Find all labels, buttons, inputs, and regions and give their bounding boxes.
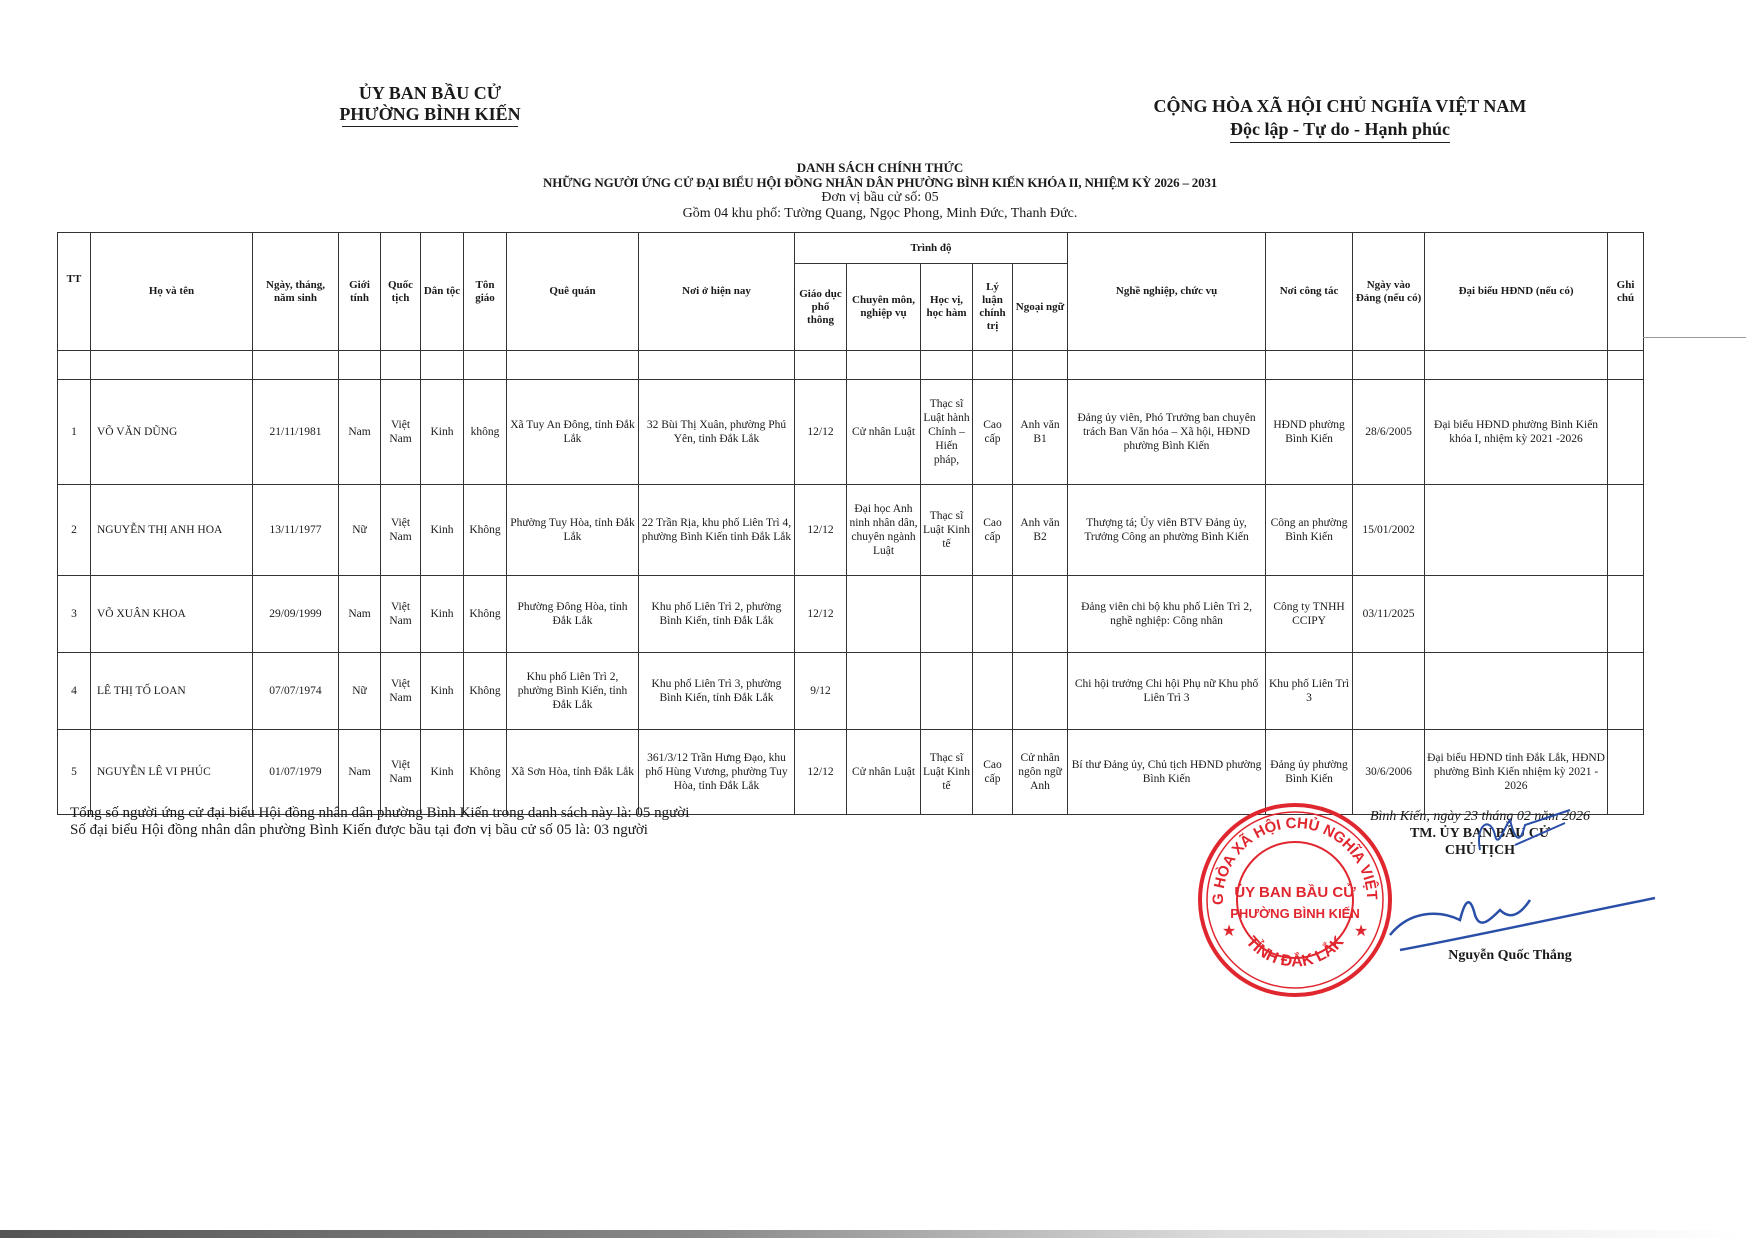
cell-name: VÕ XUÂN KHOA bbox=[91, 576, 253, 653]
document-title: DANH SÁCH CHÍNH THỨC NHỮNG NGƯỜI ỨNG CỬ … bbox=[400, 160, 1360, 222]
underline-divider bbox=[342, 126, 518, 127]
cell-gender: Nữ bbox=[339, 653, 381, 730]
cell-general-edu: 12/12 bbox=[795, 730, 847, 815]
table-row: 2 NGUYỄN THỊ ANH HOA 13/11/1977 Nữ Việt … bbox=[58, 485, 1644, 576]
col-nationality: Quốc tịch bbox=[381, 233, 421, 351]
cell-general-edu: 12/12 bbox=[795, 380, 847, 485]
cell-nationality: Việt Nam bbox=[381, 485, 421, 576]
cell-hometown: Khu phố Liên Trì 2, phường Bình Kiến, tỉ… bbox=[507, 653, 639, 730]
svg-text:TỈNH ĐẮK LẮK: TỈNH ĐẮK LẮK bbox=[1243, 933, 1348, 971]
cell-religion: Không bbox=[464, 730, 507, 815]
issuing-authority: ỦY BAN BẦU CỬ PHƯỜNG BÌNH KIẾN bbox=[290, 83, 570, 125]
title-line2: NHỮNG NGƯỜI ỨNG CỬ ĐẠI BIỂU HỘI ĐỒNG NHÂ… bbox=[400, 175, 1360, 190]
col-gender: Giới tính bbox=[339, 233, 381, 351]
table-row: 1 VÕ VĂN DŨNG 21/11/1981 Nam Việt Nam Ki… bbox=[58, 380, 1644, 485]
cell-hometown: Xã Tuy An Đông, tỉnh Đắk Lắk bbox=[507, 380, 639, 485]
national-motto: Độc lập - Tự do - Hạnh phúc bbox=[1230, 118, 1450, 143]
initial-signature-icon bbox=[1470, 805, 1590, 865]
cell-degree: Thạc sĩ Luật Kinh tế bbox=[921, 485, 973, 576]
cell-hdnd: Đại biểu HĐND tỉnh Đắk Lắk, HĐND phường … bbox=[1425, 730, 1608, 815]
cell-nationality: Việt Nam bbox=[381, 576, 421, 653]
cell-workplace: Khu phố Liên Trì 3 bbox=[1266, 653, 1353, 730]
national-header: CỘNG HÒA XÃ HỘI CHỦ NGHĨA VIỆT NAM Độc l… bbox=[1130, 95, 1550, 143]
cell-tt: 1 bbox=[58, 380, 91, 485]
cell-gender: Nữ bbox=[339, 485, 381, 576]
cell-gender: Nam bbox=[339, 730, 381, 815]
cell-language bbox=[1013, 576, 1068, 653]
col-hdnd: Đại biểu HĐND (nếu có) bbox=[1425, 233, 1608, 351]
cell-general-edu: 12/12 bbox=[795, 485, 847, 576]
scan-edge-shadow bbox=[0, 1230, 1746, 1238]
cell-dob: 21/11/1981 bbox=[253, 380, 339, 485]
cell-politics bbox=[973, 576, 1013, 653]
summary-seats: Số đại biểu Hội đồng nhân dân phường Bìn… bbox=[70, 822, 689, 839]
col-specialty: Chuyên môn, nghiệp vụ bbox=[847, 264, 921, 351]
national-title: CỘNG HÒA XÃ HỘI CHỦ NGHĨA VIỆT NAM bbox=[1130, 95, 1550, 118]
authority-line2: PHƯỜNG BÌNH KIẾN bbox=[339, 104, 520, 124]
svg-text:ỦY BAN BẦU CỬ: ỦY BAN BẦU CỬ bbox=[1234, 883, 1356, 901]
cell-general-edu: 9/12 bbox=[795, 653, 847, 730]
col-hometown: Quê quán bbox=[507, 233, 639, 351]
col-occupation: Nghề nghiệp, chức vụ bbox=[1068, 233, 1266, 351]
cell-ethnicity: Kinh bbox=[421, 380, 464, 485]
col-party-date: Ngày vào Đảng (nếu có) bbox=[1353, 233, 1425, 351]
table-header-row: TT Họ và tên Ngày, tháng, năm sinh Giới … bbox=[58, 233, 1644, 264]
cell-ethnicity: Kinh bbox=[421, 653, 464, 730]
cell-hometown: Xã Sơn Hòa, tỉnh Đắk Lắk bbox=[507, 730, 639, 815]
cell-specialty: Cử nhân Luật bbox=[847, 380, 921, 485]
cell-general-edu: 12/12 bbox=[795, 576, 847, 653]
cell-degree: Thạc sĩ Luật Kinh tế bbox=[921, 730, 973, 815]
cell-residence: 361/3/12 Trần Hưng Đạo, khu phố Hùng Vươ… bbox=[639, 730, 795, 815]
cell-residence: 32 Bùi Thị Xuân, phường Phú Yên, tỉnh Đắ… bbox=[639, 380, 795, 485]
summary-total-candidates: Tổng số người ứng cử đại biểu Hội đồng n… bbox=[70, 805, 689, 822]
col-dob: Ngày, tháng, năm sinh bbox=[253, 233, 339, 351]
cell-note bbox=[1608, 730, 1644, 815]
cell-language: Cử nhân ngôn ngữ Anh bbox=[1013, 730, 1068, 815]
cell-residence: 22 Trần Rịa, khu phố Liên Trì 4, phường … bbox=[639, 485, 795, 576]
cell-ethnicity: Kinh bbox=[421, 485, 464, 576]
cell-workplace: HĐND phường Bình Kiến bbox=[1266, 380, 1353, 485]
col-degree: Học vị, học hàm bbox=[921, 264, 973, 351]
cell-name: VÕ VĂN DŨNG bbox=[91, 380, 253, 485]
col-note: Ghi chú bbox=[1608, 233, 1644, 351]
cell-note bbox=[1608, 380, 1644, 485]
table-row: 3 VÕ XUÂN KHOA 29/09/1999 Nam Việt Nam K… bbox=[58, 576, 1644, 653]
col-residence: Nơi ở hiện nay bbox=[639, 233, 795, 351]
cell-nationality: Việt Nam bbox=[381, 380, 421, 485]
col-religion: Tôn giáo bbox=[464, 233, 507, 351]
cell-hometown: Phường Tuy Hòa, tỉnh Đắk Lắk bbox=[507, 485, 639, 576]
scan-artifact-line bbox=[1643, 337, 1746, 338]
summary: Tổng số người ứng cử đại biểu Hội đồng n… bbox=[70, 805, 689, 839]
cell-degree bbox=[921, 653, 973, 730]
col-name: Họ và tên bbox=[91, 233, 253, 351]
cell-hdnd bbox=[1425, 576, 1608, 653]
col-tt: TT bbox=[58, 233, 91, 351]
included-neighborhoods: Gồm 04 khu phố: Tường Quang, Ngọc Phong,… bbox=[400, 206, 1360, 222]
cell-residence: Khu phố Liên Trì 2, phường Bình Kiến, tỉ… bbox=[639, 576, 795, 653]
candidates-table: TT Họ và tên Ngày, tháng, năm sinh Giới … bbox=[57, 232, 1644, 815]
cell-workplace: Công an phường Bình Kiến bbox=[1266, 485, 1353, 576]
cell-politics: Cao cấp bbox=[973, 485, 1013, 576]
col-group-education: Trình độ bbox=[795, 233, 1068, 264]
col-workplace: Nơi công tác bbox=[1266, 233, 1353, 351]
cell-religion: Không bbox=[464, 576, 507, 653]
cell-name: NGUYỄN THỊ ANH HOA bbox=[91, 485, 253, 576]
cell-politics bbox=[973, 653, 1013, 730]
col-politics: Lý luận chính trị bbox=[973, 264, 1013, 351]
svg-text:★: ★ bbox=[1222, 923, 1236, 940]
cell-dob: 01/07/1979 bbox=[253, 730, 339, 815]
cell-politics: Cao cấp bbox=[973, 730, 1013, 815]
cell-dob: 07/07/1974 bbox=[253, 653, 339, 730]
cell-specialty bbox=[847, 653, 921, 730]
cell-ethnicity: Kinh bbox=[421, 730, 464, 815]
table-row: 5 NGUYỄN LÊ VI PHÚC 01/07/1979 Nam Việt … bbox=[58, 730, 1644, 815]
cell-party-date bbox=[1353, 653, 1425, 730]
cell-occupation: Thượng tá; Ủy viên BTV Đảng ủy, Trưởng C… bbox=[1068, 485, 1266, 576]
table-row: 4 LÊ THỊ TỐ LOAN 07/07/1974 Nữ Việt Nam … bbox=[58, 653, 1644, 730]
cell-residence: Khu phố Liên Trì 3, phường Bình Kiến, tỉ… bbox=[639, 653, 795, 730]
cell-religion: không bbox=[464, 380, 507, 485]
cell-dob: 13/11/1977 bbox=[253, 485, 339, 576]
cell-tt: 2 bbox=[58, 485, 91, 576]
cell-party-date: 15/01/2002 bbox=[1353, 485, 1425, 576]
cell-politics: Cao cấp bbox=[973, 380, 1013, 485]
authority-line1: ỦY BAN BẦU CỬ bbox=[290, 83, 570, 104]
cell-nationality: Việt Nam bbox=[381, 653, 421, 730]
cell-language: Anh văn B2 bbox=[1013, 485, 1068, 576]
cell-religion: Không bbox=[464, 653, 507, 730]
cell-language: Anh văn B1 bbox=[1013, 380, 1068, 485]
cell-occupation: Đảng viên chi bộ khu phố Liên Trì 2, ngh… bbox=[1068, 576, 1266, 653]
cell-nationality: Việt Nam bbox=[381, 730, 421, 815]
cell-occupation: Đảng ủy viên, Phó Trưởng ban chuyên trác… bbox=[1068, 380, 1266, 485]
cell-party-date: 03/11/2025 bbox=[1353, 576, 1425, 653]
svg-text:PHƯỜNG BÌNH KIẾN: PHƯỜNG BÌNH KIẾN bbox=[1230, 906, 1360, 921]
cell-name: NGUYỄN LÊ VI PHÚC bbox=[91, 730, 253, 815]
col-general-edu: Giáo dục phổ thông bbox=[795, 264, 847, 351]
cell-note bbox=[1608, 576, 1644, 653]
cell-note bbox=[1608, 653, 1644, 730]
cell-specialty: Đại học Anh ninh nhân dân, chuyên ngành … bbox=[847, 485, 921, 576]
chairman-signature-icon bbox=[1370, 880, 1660, 960]
cell-hdnd bbox=[1425, 653, 1608, 730]
cell-religion: Không bbox=[464, 485, 507, 576]
cell-degree bbox=[921, 576, 973, 653]
cell-degree: Thạc sĩ Luật hành Chính – Hiến pháp, bbox=[921, 380, 973, 485]
cell-tt: 3 bbox=[58, 576, 91, 653]
electoral-unit: Đơn vị bầu cử số: 05 bbox=[400, 190, 1360, 206]
cell-language bbox=[1013, 653, 1068, 730]
cell-specialty bbox=[847, 576, 921, 653]
cell-note bbox=[1608, 485, 1644, 576]
title-line1: DANH SÁCH CHÍNH THỨC bbox=[400, 160, 1360, 175]
col-language: Ngoại ngữ bbox=[1013, 264, 1068, 351]
blank-row bbox=[58, 351, 1644, 380]
cell-workplace: Công ty TNHH CCIPY bbox=[1266, 576, 1353, 653]
cell-dob: 29/09/1999 bbox=[253, 576, 339, 653]
cell-tt: 4 bbox=[58, 653, 91, 730]
cell-hometown: Phường Đông Hòa, tỉnh Đắk Lắk bbox=[507, 576, 639, 653]
cell-hdnd: Đại biểu HĐND phường Bình Kiến khóa I, n… bbox=[1425, 380, 1608, 485]
cell-hdnd bbox=[1425, 485, 1608, 576]
cell-gender: Nam bbox=[339, 380, 381, 485]
cell-name: LÊ THỊ TỐ LOAN bbox=[91, 653, 253, 730]
cell-party-date: 28/6/2005 bbox=[1353, 380, 1425, 485]
cell-specialty: Cử nhân Luật bbox=[847, 730, 921, 815]
cell-tt: 5 bbox=[58, 730, 91, 815]
col-ethnicity: Dân tộc bbox=[421, 233, 464, 351]
cell-gender: Nam bbox=[339, 576, 381, 653]
cell-ethnicity: Kinh bbox=[421, 576, 464, 653]
cell-occupation: Chi hội trưởng Chi hội Phụ nữ Khu phố Li… bbox=[1068, 653, 1266, 730]
